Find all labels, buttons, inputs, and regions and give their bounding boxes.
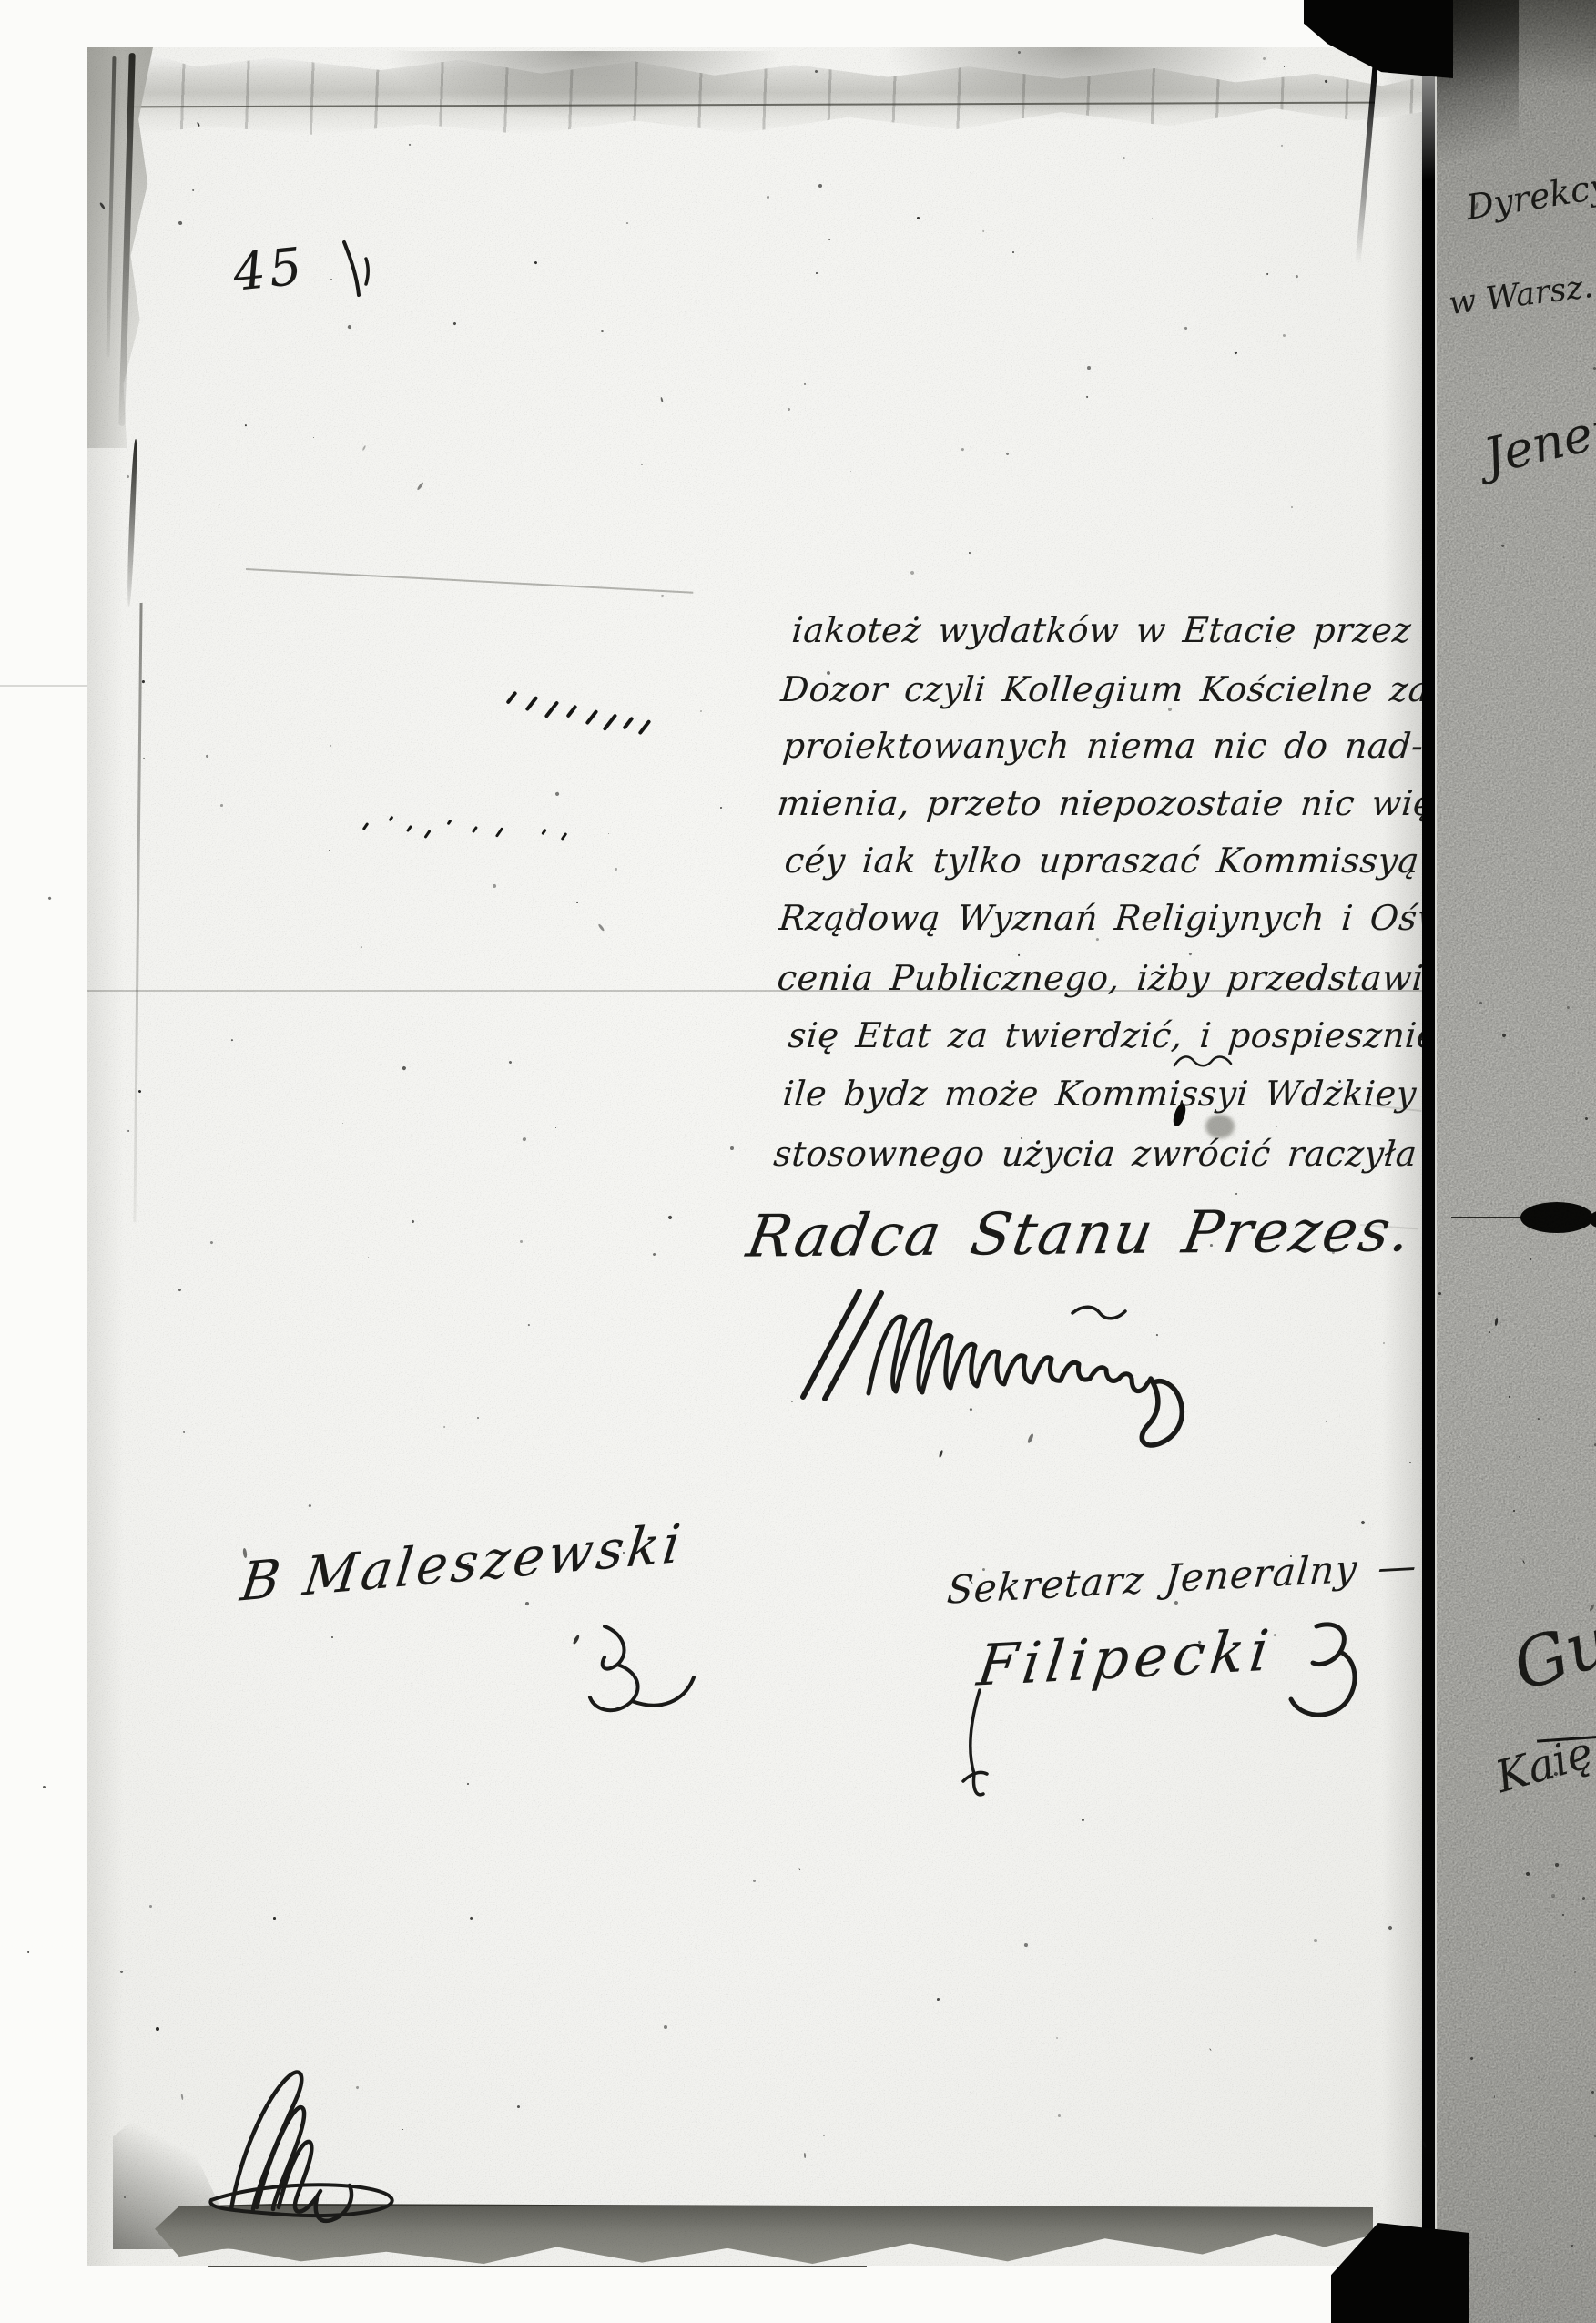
ink-speck — [1082, 1819, 1084, 1821]
ink-speck — [823, 2135, 825, 2136]
ink-speck — [626, 222, 628, 224]
ink-speck — [48, 897, 52, 901]
spine-shadow — [1422, 53, 1435, 2323]
ink-speck — [520, 1240, 523, 1243]
ink-speck — [1235, 1193, 1237, 1195]
ink-speck — [753, 1880, 756, 1882]
ink-speck — [43, 1786, 46, 1788]
ink-speck — [1585, 1117, 1588, 1120]
ink-speck — [730, 1146, 734, 1150]
right-page: Dyrekcy w Warsz. j Jeneral Gu Kaięg — [1435, 0, 1596, 2323]
ink-speck — [124, 2196, 126, 2198]
ink-speck — [156, 2027, 159, 2031]
ink-speck — [1210, 1244, 1213, 1247]
ink-speck — [1555, 1863, 1559, 1867]
ink-speck — [331, 1636, 333, 1638]
ink-speck — [917, 217, 920, 219]
ink-speck — [818, 184, 822, 188]
ink-speck — [1479, 1002, 1482, 1004]
ink-speck — [850, 908, 854, 912]
ink-speck — [1087, 366, 1091, 370]
ink-speck — [127, 475, 129, 478]
right-page-grain — [1437, 0, 1596, 2323]
ink-speck — [330, 279, 332, 280]
microfilm-scan: 45 iakoteż wydatków w Etacie przez Dozor… — [0, 0, 1596, 2323]
ink-speck — [948, 1383, 951, 1387]
main-page: 45 iakoteż wydatków w Etacie przez Dozor… — [87, 47, 1422, 2266]
ink-speck — [477, 1417, 479, 1419]
ink-speck — [220, 804, 223, 807]
ink-speck — [1314, 1939, 1317, 1942]
ink-speck — [1168, 708, 1172, 711]
ink-speck — [27, 1951, 30, 1954]
ink-speck — [149, 1905, 152, 1908]
ink-speck — [937, 1998, 940, 2001]
ink-speck — [664, 2025, 667, 2029]
ink-speck — [1551, 1894, 1555, 1898]
ink-speck — [804, 2153, 806, 2158]
ink-speck — [273, 1917, 276, 1920]
ink-speck — [1024, 1943, 1028, 1947]
ink-speck — [700, 710, 702, 712]
ink-speck — [1012, 251, 1014, 253]
paper-grain — [87, 47, 1422, 2266]
